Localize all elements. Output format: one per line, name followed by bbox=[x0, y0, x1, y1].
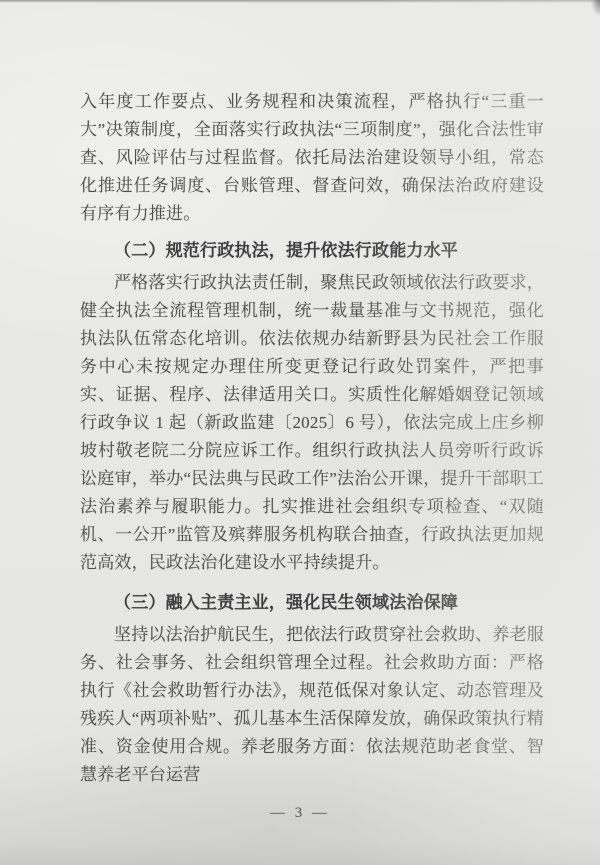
scanned-document-page: 入年度工作要点、业务规程和决策流程，严格执行“三重一大”决策制度，全面落实行政执… bbox=[0, 0, 600, 865]
paragraph-section-2: 严格落实行政执法责任制，聚焦民政领域依法行政要求，健全执法全流程管理机制，统一裁… bbox=[80, 269, 544, 577]
scan-corner-artifact bbox=[591, 0, 600, 16]
document-body: 入年度工作要点、业务规程和决策流程，严格执行“三重一大”决策制度，全面落实行政执… bbox=[80, 88, 544, 789]
section-heading-3: （三）融入主责主业，强化民生领域法治保障 bbox=[80, 589, 544, 617]
page-number: — 3 — bbox=[0, 805, 600, 822]
paragraph-continuation: 入年度工作要点、业务规程和决策流程，严格执行“三重一大”决策制度，全面落实行政执… bbox=[80, 88, 544, 228]
scan-top-edge-shadow bbox=[0, 0, 600, 3]
paragraph-section-3: 坚持以法治护航民生，把依法行政贯穿社会救助、养老服务、社会事务、社会组织管理全过… bbox=[80, 621, 544, 789]
section-heading-2: （二）规范行政执法，提升依法行政能力水平 bbox=[80, 237, 544, 265]
